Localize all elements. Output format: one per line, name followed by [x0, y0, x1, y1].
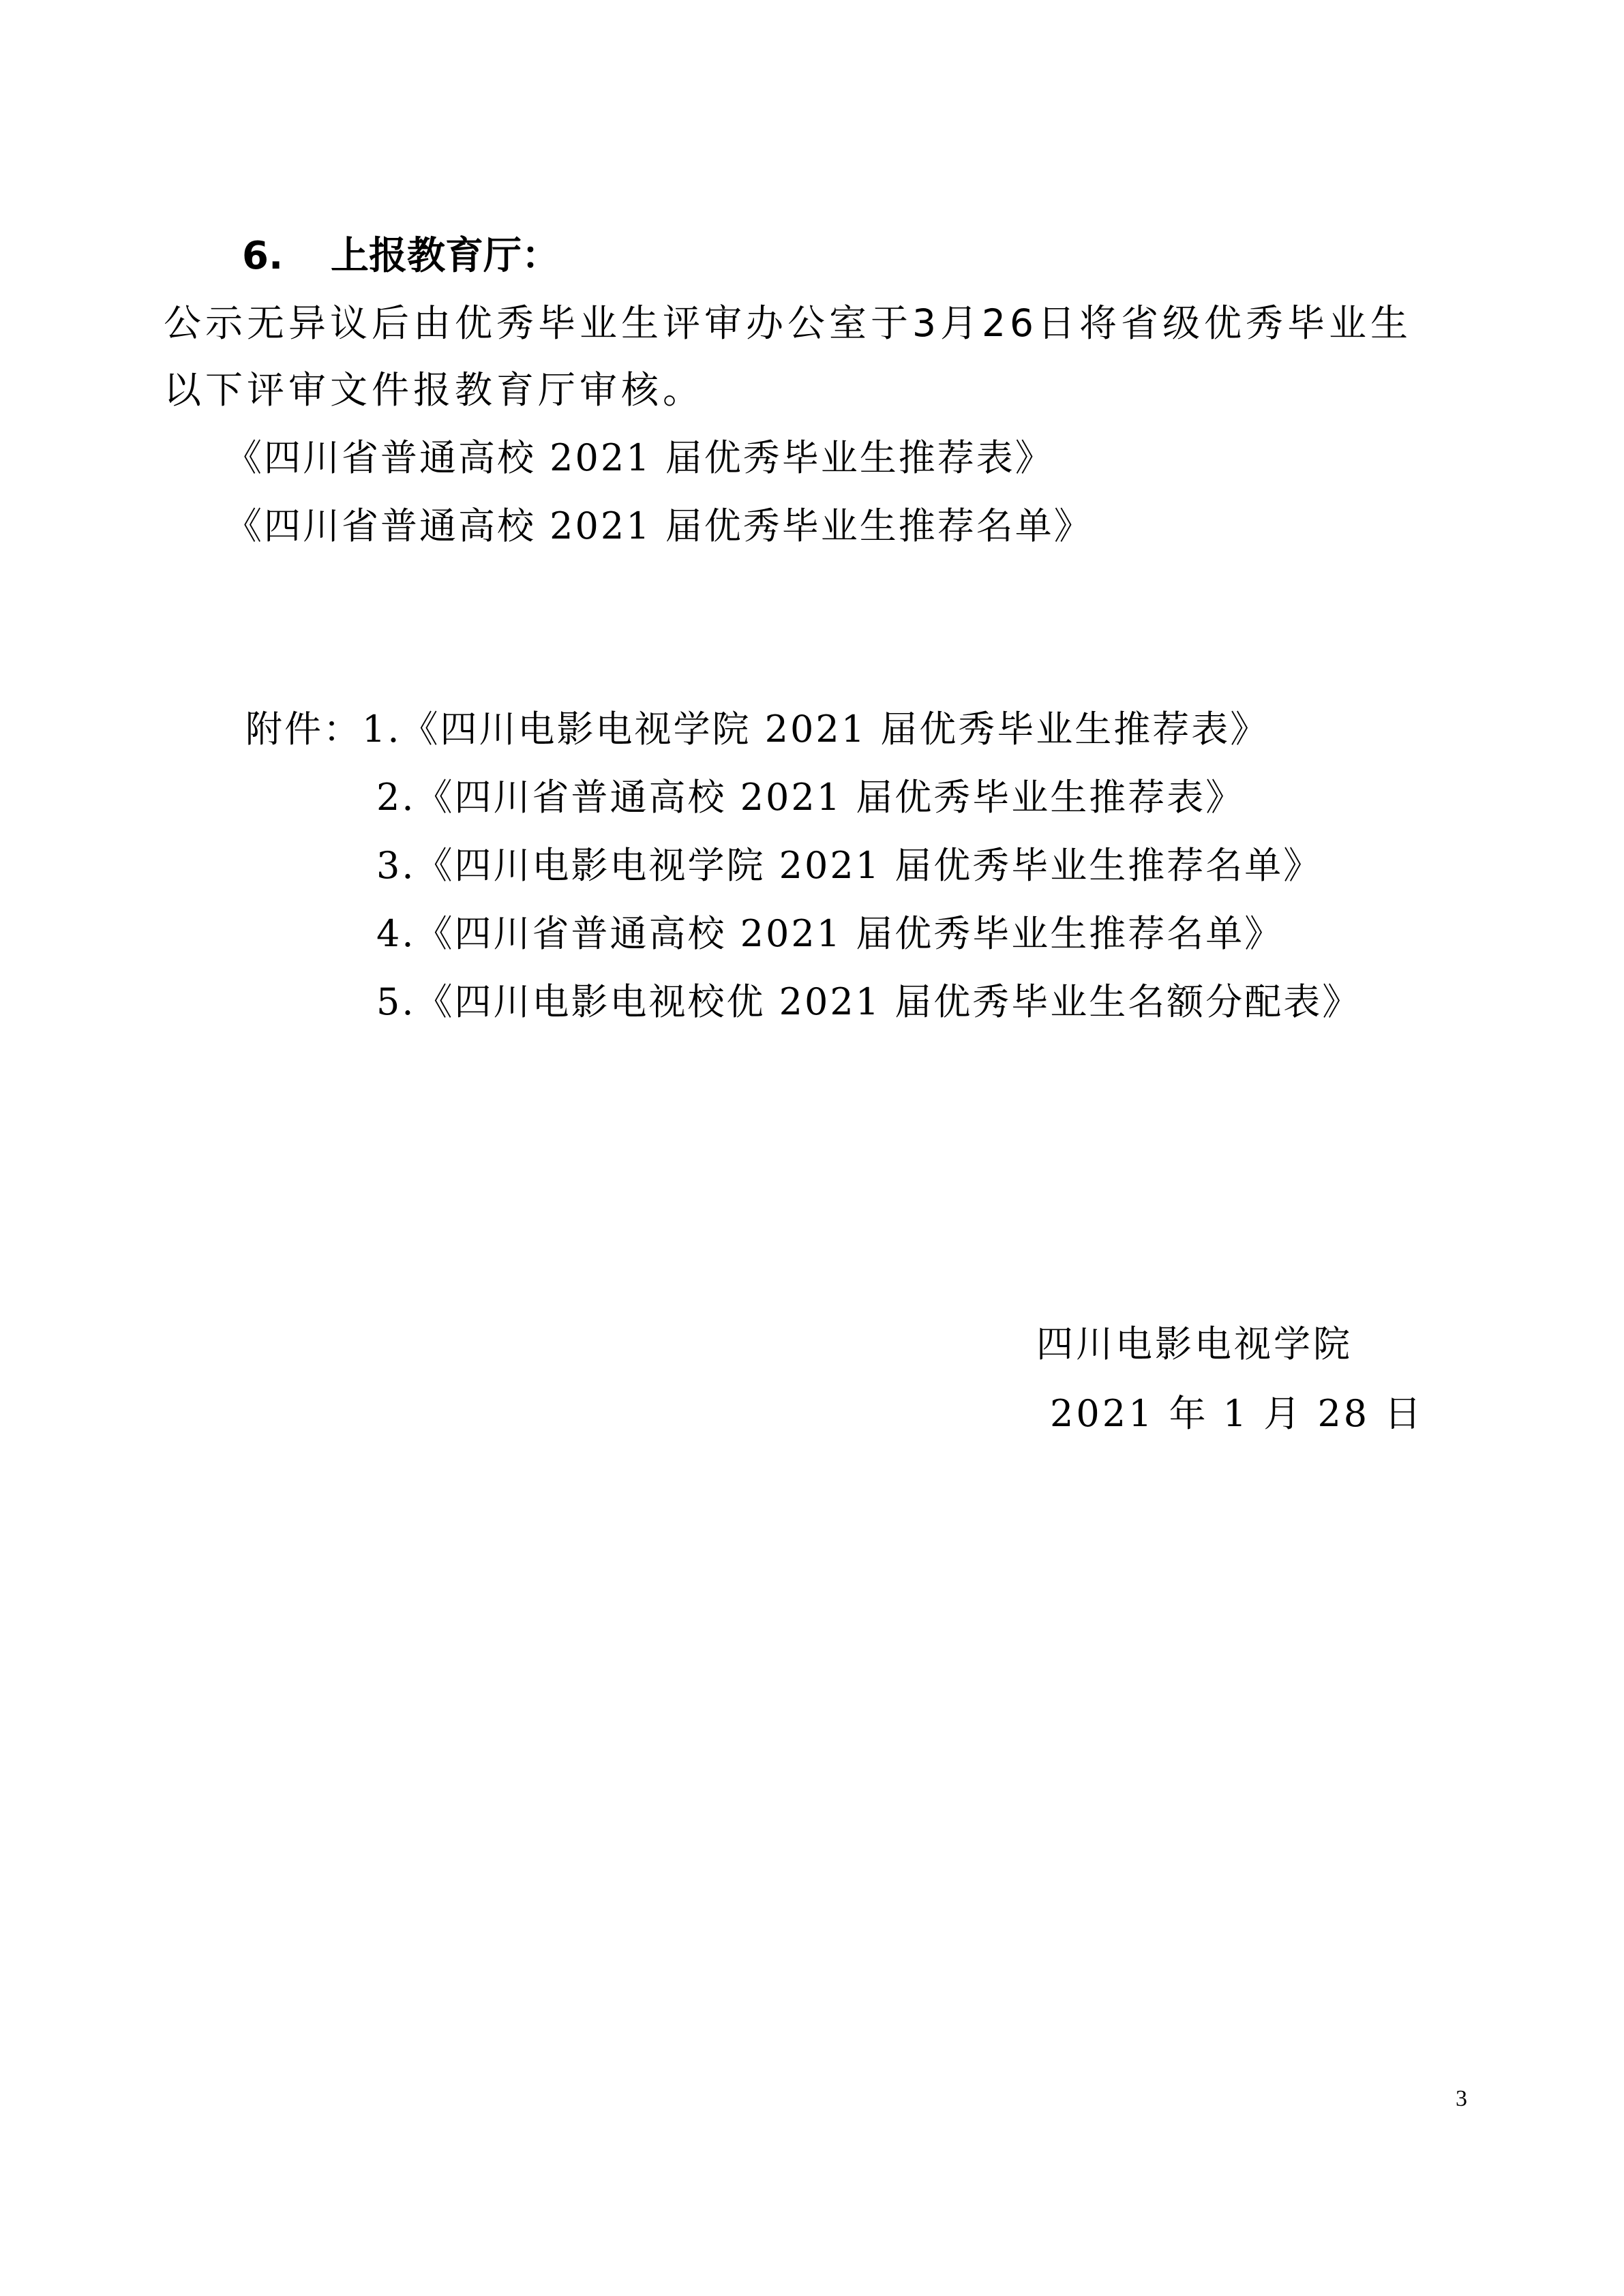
- section-heading: 6.上报教育厅：: [242, 237, 560, 275]
- attachment-item-4: 4.《四川省普通高校 2021 届优秀毕业生推荐名单》: [376, 916, 1283, 952]
- attachments-label: 附件：: [245, 711, 362, 748]
- paragraph-line-2: 以下评审文件报教育厅审核。: [164, 372, 704, 409]
- document-title-1: 《四川省普通高校 2021 届优秀毕业生推荐表》: [225, 440, 1054, 477]
- attachment-item-3: 3.《四川电影电视学院 2021 届优秀毕业生推荐名单》: [376, 847, 1322, 884]
- section-title: 上报教育厅：: [331, 234, 560, 278]
- attachment-text: 1.《四川电影电视学院 2021 届优秀毕业生推荐表》: [362, 708, 1269, 751]
- signature-date: 2021 年 1 月 28 日: [1050, 1395, 1424, 1432]
- page-number: 3: [1456, 2086, 1467, 2112]
- attachment-item-5: 5.《四川电影电视校优 2021 届优秀毕业生名额分配表》: [376, 984, 1361, 1021]
- attachment-item-1: 附件：1.《四川电影电视学院 2021 届优秀毕业生推荐表》: [245, 711, 1269, 748]
- signature-organization: 四川电影电视学院: [1036, 1326, 1353, 1363]
- section-number: 6.: [242, 237, 331, 275]
- attachment-item-2: 2.《四川省普通高校 2021 届优秀毕业生推荐表》: [376, 779, 1244, 816]
- document-title-2: 《四川省普通高校 2021 届优秀毕业生推荐名单》: [225, 508, 1093, 545]
- paragraph-line-1: 公示无异议后由优秀毕业生评审办公室于3月26日将省级优秀毕业生: [164, 305, 1412, 342]
